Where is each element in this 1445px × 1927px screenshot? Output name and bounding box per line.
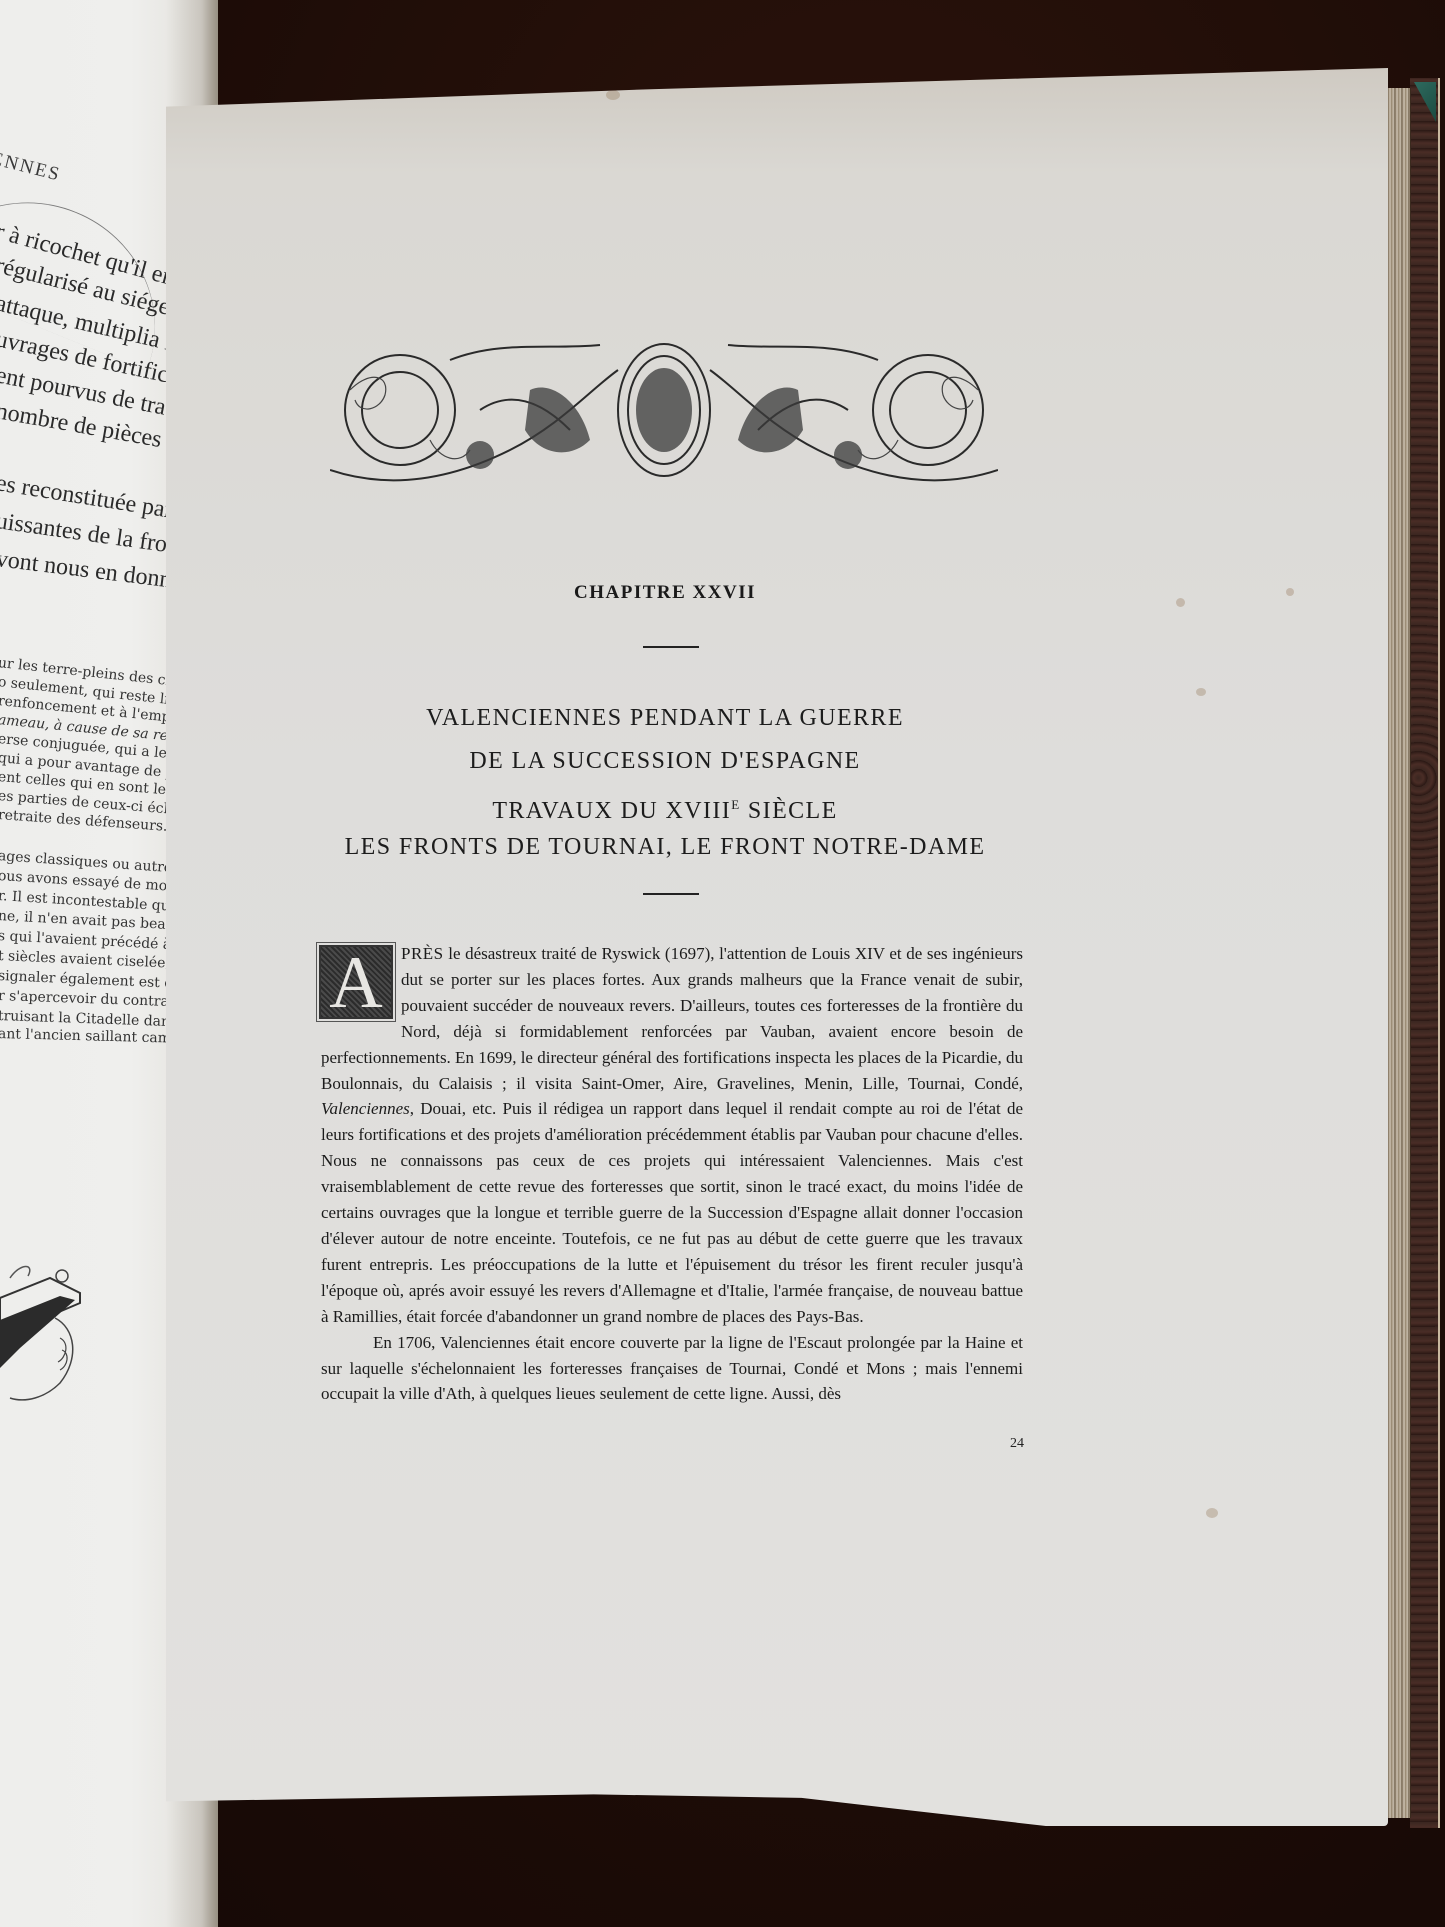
drop-cap-ornament-icon: A — [319, 945, 393, 1019]
title-line-tail: SIÈCLE — [741, 798, 838, 824]
paragraph-text: le désastreux traité de Ryswick (1697), … — [321, 944, 1023, 1093]
paragraph-1: APRÈS le désastreux traité de Ryswick (1… — [321, 941, 1023, 1330]
title-line: TRAVAUX DU XVIIIE SIÈCLE — [310, 783, 1020, 826]
title-line-text: TRAVAUX DU XVIII — [492, 798, 731, 824]
chapter-rule — [643, 646, 699, 648]
chapter-title: VALENCIENNES PENDANT LA GUERRE DE LA SUC… — [310, 697, 1020, 869]
paragraph-text: , Douai, etc. Puis il rédigea un rapport… — [321, 1099, 1023, 1325]
drop-cap-letter: A — [321, 947, 391, 1017]
body-text: APRÈS le désastreux traité de Ryswick (1… — [321, 941, 1023, 1407]
title-line: VALENCIENNES PENDANT LA GUERRE — [310, 697, 1020, 740]
paragraph-2: En 1706, Valenciennes était encore couve… — [321, 1330, 1023, 1408]
title-superscript: E — [731, 797, 740, 812]
page-block-edges — [1388, 88, 1411, 1818]
marbled-book-cover — [1410, 78, 1440, 1828]
title-line: LES FRONTS DE TOURNAI, LE FRONT NOTRE-DA… — [310, 826, 1020, 869]
tailpiece-ornament-icon — [0, 1258, 90, 1408]
italic-place-name: Valenciennes — [321, 1099, 410, 1118]
title-line: DE LA SUCCESSION D'ESPAGNE — [310, 740, 1020, 783]
title-rule — [643, 893, 699, 895]
opening-smallcaps: PRÈS — [401, 944, 444, 963]
chapter-label: CHAPITRE XXVII — [330, 582, 1000, 604]
page-number: 24 — [1010, 1436, 1024, 1452]
ornamental-headpiece-icon — [330, 330, 998, 490]
